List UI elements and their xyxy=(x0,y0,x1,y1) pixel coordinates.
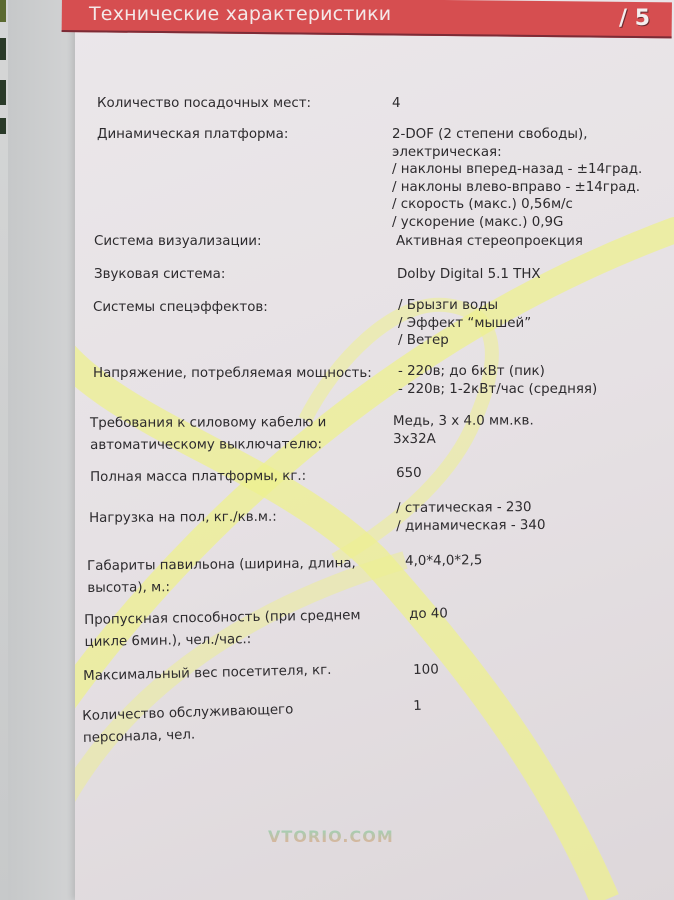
spec-value-line: до 40 xyxy=(409,605,448,623)
spec-label: Динамическая платформа: xyxy=(97,126,288,144)
section-number: / 5 xyxy=(619,6,650,31)
spec-label-line: Звуковая система: xyxy=(94,266,225,284)
spec-value-line: 3х32А xyxy=(393,430,534,448)
spec-label: Количество посадочных мест: xyxy=(97,95,311,113)
spec-value-line: / Брызги воды xyxy=(398,297,531,315)
spec-label-line: автоматическому выключателю: xyxy=(90,436,326,454)
spec-value-line: 4 xyxy=(392,95,401,113)
edge-mark xyxy=(0,80,6,105)
spec-value: до 40 xyxy=(409,605,448,623)
spec-value: Медь, 3 х 4.0 мм.кв.3х32А xyxy=(393,413,534,448)
spec-value: 4,0*4,0*2,5 xyxy=(405,552,482,570)
spec-label-line: Нагрузка на пол, кг./кв.м.: xyxy=(89,509,277,528)
spec-value: 4 xyxy=(392,95,401,113)
spec-label-line: Напряжение, потребляемая мощность: xyxy=(93,365,372,383)
spec-value-line: Медь, 3 х 4.0 мм.кв. xyxy=(393,413,534,431)
spec-label: Количество обслуживающегоперсонала, чел. xyxy=(82,701,294,747)
spec-value: 650 xyxy=(396,465,422,483)
spec-label-line: высота), м.: xyxy=(87,577,356,597)
spec-value-line: / наклоны вперед-назад - ±14град. xyxy=(392,161,642,179)
edge-mark xyxy=(0,118,6,134)
spec-label: Требования к силовому кабелю иавтоматиче… xyxy=(90,414,326,454)
spec-value-line: 100 xyxy=(413,661,439,679)
spec-value: Активная стереопроекция xyxy=(396,233,583,251)
spec-value: Dolby Digital 5.1 THX xyxy=(397,266,541,284)
spec-value-line: / ускорение (макс.) 0,9G xyxy=(392,214,642,232)
spec-label: Напряжение, потребляемая мощность: xyxy=(93,365,372,383)
spec-label-line: Полная масса платформы, кг.: xyxy=(90,468,306,487)
spec-value-line: / динамическая - 340 xyxy=(396,516,545,535)
spec-value-line: - 220в; 1-2кВт/час (средняя) xyxy=(398,381,597,399)
spec-label-line: Система визуализации: xyxy=(94,233,261,251)
spec-label-line: Требования к силовому кабелю и xyxy=(90,414,326,432)
spec-value-line: / наклоны влево-вправо - ±14град. xyxy=(392,179,642,197)
spec-value: - 220в; до 6кВт (пик)- 220в; 1-2кВт/час … xyxy=(398,363,597,398)
spec-value-line: / статическая - 230 xyxy=(396,499,545,518)
spec-value-line: Dolby Digital 5.1 THX xyxy=(397,266,541,284)
spec-label: Пропускная способность (при среднемцикле… xyxy=(84,607,361,651)
spec-label: Звуковая система: xyxy=(94,266,225,284)
spec-label: Полная масса платформы, кг.: xyxy=(90,468,306,487)
spec-value: / статическая - 230/ динамическая - 340 xyxy=(396,499,546,535)
spec-value-line: / Ветер xyxy=(398,332,531,350)
spec-label: Система визуализации: xyxy=(94,233,261,251)
spec-label-line: Габариты павильона (ширина, длина, xyxy=(87,555,356,575)
spec-value-line: / скорость (макс.) 0,56м/с xyxy=(392,196,642,214)
watermark: VTORIO.COM xyxy=(268,827,394,846)
spec-value-line: 2-DOF (2 степени свободы), xyxy=(392,126,642,144)
spec-label-line: Динамическая платформа: xyxy=(97,126,288,144)
spec-label: Нагрузка на пол, кг./кв.м.: xyxy=(89,509,277,528)
spec-value-line: электрическая: xyxy=(392,144,642,162)
spec-value: 100 xyxy=(413,661,439,679)
spec-value-line: - 220в; до 6кВт (пик) xyxy=(398,363,597,381)
spec-value-line: / Эффект “мышей” xyxy=(398,315,531,333)
edge-mark xyxy=(0,38,6,60)
spec-value: 1 xyxy=(413,698,422,716)
section-title: Технические характеристики xyxy=(89,3,391,25)
spec-label: Габариты павильона (ширина, длина,высота… xyxy=(87,555,356,597)
spec-value-line: Активная стереопроекция xyxy=(396,233,583,251)
spec-label-line: Количество посадочных мест: xyxy=(97,95,311,113)
spec-value: 2-DOF (2 степени свободы),электрическая:… xyxy=(392,126,642,231)
spec-label: Системы спецэффектов: xyxy=(93,299,268,317)
spec-value-line: 4,0*4,0*2,5 xyxy=(405,552,482,570)
spec-value-line: 650 xyxy=(396,465,422,483)
edge-mark xyxy=(0,0,6,22)
spec-value-line: 1 xyxy=(413,698,422,716)
spec-label-line: Системы спецэффектов: xyxy=(93,299,268,317)
spec-label-line: Пропускная способность (при среднем xyxy=(84,607,361,629)
spec-value: / Брызги воды/ Эффект “мышей”/ Ветер xyxy=(398,297,531,350)
